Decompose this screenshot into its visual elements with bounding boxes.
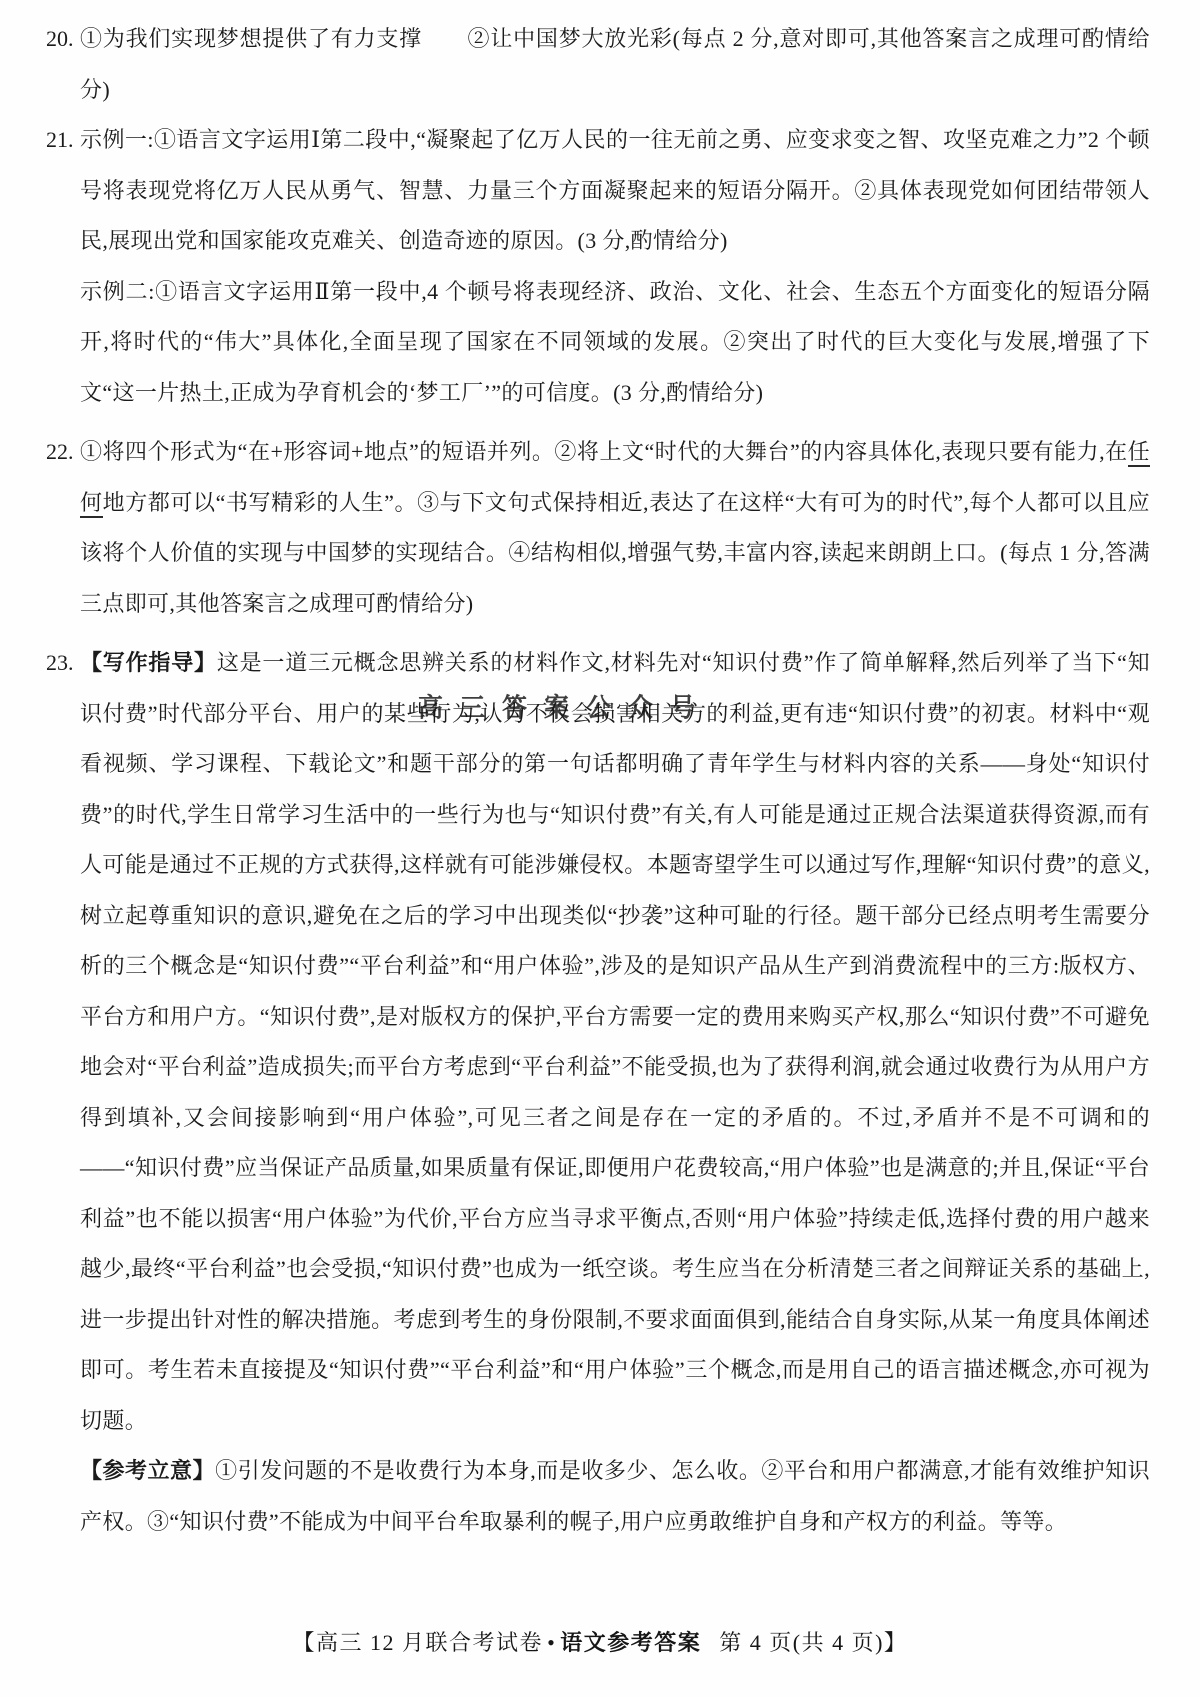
reference-intent-paragraph: 【参考立意】①引发问题的不是收费行为本身,而是收多少、怎么收。②平台和用户都满意… bbox=[80, 1446, 1150, 1547]
footer-subject: 语文参考答案 bbox=[560, 1630, 701, 1655]
reference-intent-text: ①引发问题的不是收费行为本身,而是收多少、怎么收。②平台和用户都满意,才能有效维… bbox=[80, 1458, 1150, 1534]
footer-title: 【高三 12 月联合考试卷 bbox=[293, 1630, 544, 1655]
question-number-20: 20. bbox=[46, 14, 80, 65]
footer-separator-dot: • bbox=[543, 1630, 560, 1655]
example2-text: 示例二:①语言文字运用Ⅱ第一段中,4 个顿号将表现经济、政治、文化、社会、生态五… bbox=[80, 279, 1150, 405]
answer-item-20: 20. ①为我们实现梦想提供了有力支撑 ②让中国梦大放光彩(每点 2 分,意对即… bbox=[46, 14, 1150, 115]
writing-guide-label: 【写作指导】 bbox=[80, 650, 217, 675]
answer-sheet-page: 20. ①为我们实现梦想提供了有力支撑 ②让中国梦大放光彩(每点 2 分,意对即… bbox=[0, 0, 1200, 1697]
answer-text-20: ①为我们实现梦想提供了有力支撑 ②让中国梦大放光彩(每点 2 分,意对即可,其他… bbox=[80, 26, 1150, 102]
example1-text: 示例一:①语言文字运用Ⅰ第二段中,“凝聚起了亿万人民的一往无前之勇、应变求变之智… bbox=[80, 127, 1150, 253]
question-number-21: 21. bbox=[46, 115, 80, 166]
answer-item-21: 21. 示例一:①语言文字运用Ⅰ第二段中,“凝聚起了亿万人民的一往无前之勇、应变… bbox=[46, 115, 1150, 418]
answer-text-pre: ①将四个形式为“在+形容词+地点”的短语并列。②将上文“时代的大舞台”的内容具体… bbox=[80, 439, 1128, 464]
answer-body-20: ①为我们实现梦想提供了有力支撑 ②让中国梦大放光彩(每点 2 分,意对即可,其他… bbox=[80, 14, 1150, 115]
writing-guide-text: 这是一道三元概念思辨关系的材料作文,材料先对“知识付费”作了简单解释,然后列举了… bbox=[80, 650, 1150, 1433]
answer-body-21: 示例一:①语言文字运用Ⅰ第二段中,“凝聚起了亿万人民的一往无前之勇、应变求变之智… bbox=[80, 115, 1150, 418]
question-number-22: 22. bbox=[46, 427, 80, 478]
writing-guide-paragraph: 【写作指导】这是一道三元概念思辨关系的材料作文,材料先对“知识付费”作了简单解释… bbox=[80, 638, 1150, 1446]
answer-paragraph-example1: 示例一:①语言文字运用Ⅰ第二段中,“凝聚起了亿万人民的一往无前之勇、应变求变之智… bbox=[80, 115, 1150, 267]
answer-paragraph: ①将四个形式为“在+形容词+地点”的短语并列。②将上文“时代的大舞台”的内容具体… bbox=[80, 427, 1150, 629]
answer-item-23: 23. 【写作指导】这是一道三元概念思辨关系的材料作文,材料先对“知识付费”作了… bbox=[46, 638, 1150, 1547]
answer-paragraph: ①为我们实现梦想提供了有力支撑 ②让中国梦大放光彩(每点 2 分,意对即可,其他… bbox=[80, 14, 1150, 115]
answer-item-22: 22. ①将四个形式为“在+形容词+地点”的短语并列。②将上文“时代的大舞台”的… bbox=[46, 427, 1150, 629]
answer-text-post: 地方都可以“书写精彩的人生”。③与下文句式保持相近,表达了在这样“大有可为的时代… bbox=[80, 490, 1150, 616]
page-footer: 【高三 12 月联合考试卷•语文参考答案第 4 页(共 4 页)】 bbox=[0, 1626, 1200, 1657]
answer-body-22: ①将四个形式为“在+形容词+地点”的短语并列。②将上文“时代的大舞台”的内容具体… bbox=[80, 427, 1150, 629]
answer-paragraph-example2: 示例二:①语言文字运用Ⅱ第一段中,4 个顿号将表现经济、政治、文化、社会、生态五… bbox=[80, 267, 1150, 419]
answer-body-23: 【写作指导】这是一道三元概念思辨关系的材料作文,材料先对“知识付费”作了简单解释… bbox=[80, 638, 1150, 1547]
question-number-23: 23. bbox=[46, 638, 80, 689]
reference-intent-label: 【参考立意】 bbox=[80, 1458, 215, 1483]
footer-page-number: 第 4 页(共 4 页)】 bbox=[701, 1630, 907, 1655]
